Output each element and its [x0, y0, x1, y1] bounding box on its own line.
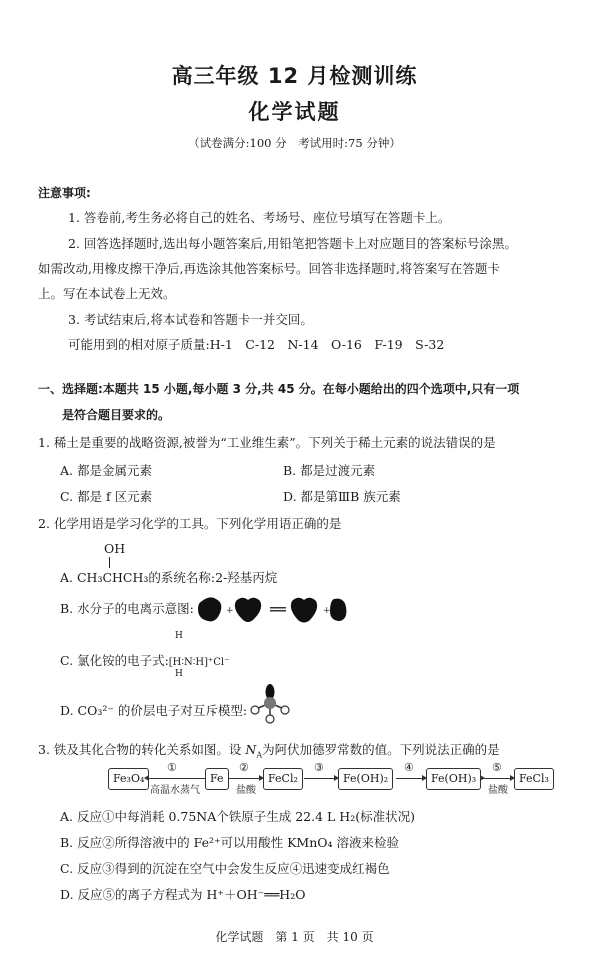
flow-step-3: ③	[314, 761, 324, 774]
flow-box-fecl3: FeCl₃	[514, 768, 554, 790]
svg-text:+: +	[323, 606, 331, 616]
iron-conversion-diagram: Fe₃O₄ ① 高温水蒸气 Fe ② 盐酸 FeCl₂ ③ Fe(OH)₂ ④ …	[108, 764, 498, 798]
exam-subject: 化学试题	[0, 96, 589, 126]
q2-option-a: A. CH₃CHCH₃的系统名称:2-羟基丙烷	[60, 568, 277, 586]
q2-option-c-text: C. 氯化铵的电子式:	[60, 653, 169, 668]
q3-option-d: D. 反应⑤的离子方程式为 H⁺＋OH⁻══H₂O	[60, 885, 305, 903]
flow-cond-2: 盐酸	[236, 781, 256, 796]
flow-box-feoh3: Fe(OH)₃	[426, 768, 481, 790]
q2-option-a-text: 的系统名称:2-羟基丙烷	[148, 570, 277, 585]
q3-option-a: A. 反应①中每消耗 0.75NA个铁原子生成 22.4 L H₂(标准状况)	[60, 807, 415, 825]
flow-box-fe: Fe	[205, 768, 229, 790]
q2-option-a-bond	[109, 557, 110, 568]
q3-stem-pre: 3. 铁及其化合物的转化关系如图。设	[38, 742, 245, 757]
q1-option-b: B. 都是过渡元素	[283, 461, 375, 479]
vsepr-model-icon	[248, 683, 296, 725]
notice-item-3: 3. 考试结束后,将本试卷和答题卡一并交回。	[68, 310, 313, 328]
water-ionization-diagram-icon: + +	[196, 593, 351, 625]
flow-step-2: ②	[239, 761, 249, 774]
flow-box-feoh2: Fe(OH)₂	[338, 768, 393, 790]
svg-text:+: +	[226, 606, 234, 616]
q2-option-c-formula: [H∶N∶H]⁺Cl⁻	[169, 657, 230, 668]
flow-arrow-2	[229, 778, 263, 779]
flow-arrow-1	[145, 778, 205, 779]
flow-step-5: ⑤	[492, 761, 502, 774]
q1-option-d: D. 都是第ⅢB 族元素	[283, 487, 401, 505]
flow-arrow-3	[304, 778, 338, 779]
page-footer: 化学试题 第 1 页 共 10 页	[0, 928, 589, 945]
q2-option-c-h-top: H	[175, 631, 183, 641]
question-2-stem: 2. 化学用语是学习化学的工具。下列化学用语正确的是	[38, 514, 341, 532]
notice-heading: 注意事项:	[38, 184, 91, 201]
q3-option-b: B. 反应②所得溶液中的 Fe²⁺可以用酸性 KMnO₄ 溶液来检验	[60, 833, 399, 851]
q3-option-c: C. 反应③得到的沉淀在空气中会发生反应④迅速变成红褐色	[60, 859, 390, 877]
flow-step-4: ④	[404, 761, 414, 774]
flow-arrow-4	[396, 778, 426, 779]
exam-title: 高三年级 12 月检测训练	[0, 60, 589, 90]
notice-item-2-cont: 如需改动,用橡皮擦干净后,再选涂其他答案标号。回答非选择题时,将答案写在答题卡	[38, 259, 500, 277]
flow-arrow-5b	[484, 778, 514, 779]
atomic-masses: 可能用到的相对原子质量:H-1 C-12 N-14 O-16 F-19 S-32	[68, 335, 444, 353]
notice-item-2: 2. 回答选择题时,选出每小题答案后,用铅笔把答题卡上对应题目的答案标号涂黑。	[68, 234, 517, 252]
q2-option-c-h-bottom: H	[175, 669, 183, 679]
section-heading-cont: 是符合题目要求的。	[62, 406, 170, 423]
q1-option-a: A. 都是金属元素	[60, 461, 152, 479]
question-1-stem: 1. 稀土是重要的战略资源,被誉为“工业维生素”。下列关于稀土元素的说法错误的是	[38, 433, 496, 451]
notice-item-2-end: 上。写在本试卷上无效。	[38, 284, 176, 302]
q2-option-a-label: A.	[60, 570, 77, 585]
q2-option-c: C. 氯化铵的电子式:[H∶N∶H]⁺Cl⁻	[60, 651, 229, 669]
question-3-stem: 3. 铁及其化合物的转化关系如图。设 NA为阿伏加德罗常数的值。下列说法正确的是	[38, 740, 500, 760]
q1-option-c: C. 都是 f 区元素	[60, 487, 152, 505]
q3-na-symbol: N	[245, 742, 256, 757]
flow-cond-5: 盐酸	[488, 781, 508, 796]
iron-conversion-diagram-tail: ⑤ 盐酸 FeCl₃	[484, 764, 584, 798]
q3-stem-post: 为阿伏加德罗常数的值。下列说法正确的是	[262, 742, 500, 757]
flow-cond-1: 高温水蒸气	[150, 781, 200, 796]
exam-info: （试卷满分:100 分 考试用时:75 分钟）	[0, 135, 589, 151]
flow-box-fecl2: FeCl₂	[263, 768, 303, 790]
section-heading: 一、选择题:本题共 15 小题,每小题 3 分,共 45 分。在每小题给出的四个…	[38, 380, 519, 397]
flow-step-1: ①	[167, 761, 177, 774]
q2-option-a-formula: CH₃CHCH₃	[77, 570, 148, 585]
q2-option-d: D. CO₃²⁻ 的价层电子对互斥模型:	[60, 701, 247, 719]
q2-option-a-oh: OH	[104, 541, 125, 556]
notice-item-1: 1. 答卷前,考生务必将自己的姓名、考场号、座位号填写在答题卡上。	[68, 208, 450, 226]
q2-option-b: B. 水分子的电离示意图:	[60, 599, 194, 617]
